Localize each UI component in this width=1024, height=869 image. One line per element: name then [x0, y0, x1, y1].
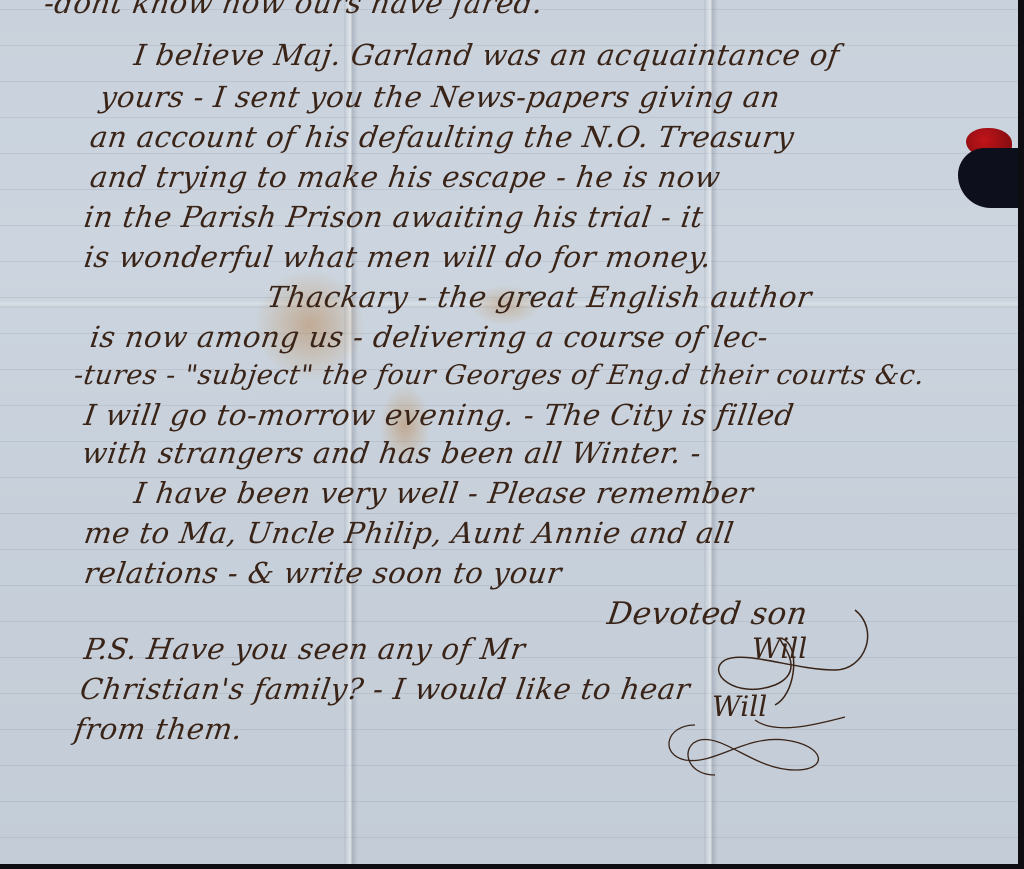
letter-line: and trying to make his escape - he is no…	[88, 160, 723, 194]
letter-line: yours - I sent you the News-papers givin…	[98, 80, 783, 114]
letter-line: me to Ma, Uncle Philip, Aunt Annie and a…	[82, 516, 736, 550]
postscript-flourish-icon	[655, 715, 855, 785]
postscript-line: P.S. Have you seen any of Mr	[82, 632, 528, 666]
letter-line: an account of his defaulting the N.O. Tr…	[88, 120, 796, 154]
page-edge-bottom	[0, 864, 1024, 869]
letter-line: in the Parish Prison awaiting his trial …	[82, 200, 706, 234]
letter-line: Thackary - the great English author	[265, 280, 814, 314]
letter-page: -dont know how ours have fared. I believ…	[0, 0, 1018, 864]
letter-line: I will go to-morrow evening. - The City …	[82, 398, 796, 432]
letter-line: is wonderful what men will do for money.	[82, 240, 714, 274]
postscript-line: Christian's family? - I would like to he…	[78, 672, 692, 706]
letter-line: relations - & write soon to your	[82, 556, 564, 590]
letter-line: I have been very well - Please remember	[132, 476, 756, 510]
letter-line: I believe Maj. Garland was an acquaintan…	[132, 38, 842, 72]
letter-line: -dont know how ours have fared.	[42, 0, 545, 20]
letter-line: with strangers and has been all Winter. …	[80, 436, 704, 470]
wax-seal-torn	[958, 148, 1018, 208]
page-edge-right	[1018, 0, 1024, 869]
postscript-line: from them.	[72, 712, 245, 746]
letter-line: -tures - "subject" the four Georges of E…	[72, 360, 927, 391]
letter-line: is now among us - delivering a course of…	[88, 320, 771, 354]
wax-seal	[958, 128, 1018, 208]
